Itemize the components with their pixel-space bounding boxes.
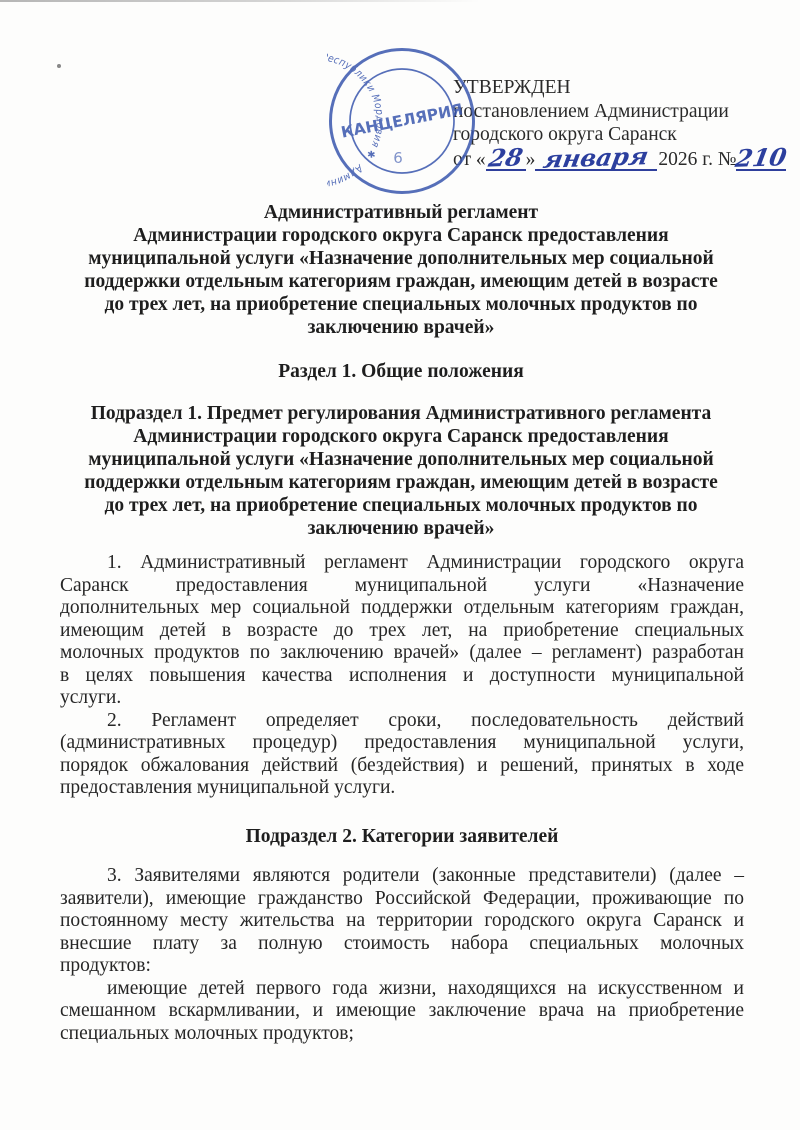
stamp-ring-text: Администрация городского округа Саранск … [327,51,386,191]
text-line: 3. Заявителями являются родители (законн… [60,865,744,888]
date-year: 2026 г. № [658,149,736,170]
text-line: внесшие плату за полную стоимость набора… [60,933,744,956]
text-line: молочных продуктов по заключению врачей»… [60,642,744,665]
approval-date-line: от «28»января2026 г. №210 [453,148,763,172]
text-line: заявители), имеющие гражданство Российск… [60,888,744,911]
text-line: Администрации городского округа Саранск … [58,224,744,247]
text-line: до трех лет, на приобретение специальных… [58,494,744,517]
date-day-blank: 28 [486,149,526,171]
text-line: Саранск предоставления муниципальной усл… [60,575,744,598]
paragraph-2: 2. Регламент определяет сроки, последова… [60,710,744,800]
text-line: Административный регламент [58,201,744,224]
subsection-2-heading: Подраздел 2. Категории заявителей [60,825,744,848]
handwritten-number: 210 [734,148,788,170]
text-line: 2. Регламент определяет сроки, последова… [60,710,744,733]
paragraph-3: 3. Заявителями являются родители (законн… [60,865,744,978]
stamp-center-text: КАНЦЕЛЯРИЯ [340,100,465,141]
document-title: Административный регламентАдминистрации … [58,201,744,340]
text-line: (административных процедур) предоставлен… [60,732,744,755]
text-line: предоставления муниципальной услуги. [60,777,744,800]
text-line: постоянному месту жительства на территор… [60,910,744,933]
date-prefix: от « [453,149,486,170]
subsection-1-heading: Подраздел 1. Предмет регулирования Админ… [58,402,744,541]
text-line: 1. Административный регламент Администра… [60,552,744,575]
svg-text:Администрация городского округ: Администрация городского округа Саранск … [327,51,386,191]
handwritten-day: 28 [487,148,524,169]
text-line: порядок обжалования действий (бездействи… [60,755,744,778]
scan-edge-artifact [0,0,480,2]
date-close-quote: » [526,149,536,170]
text-line: заключению врачей» [58,517,744,540]
date-month-blank: января [535,149,657,171]
approval-block: УТВЕРЖДЕН постановлением Администрации г… [453,76,763,171]
text-line: имеющим детей в возрасте до трех лет, на… [60,620,744,643]
text-line: продуктов: [60,955,744,978]
text-line: Администрации городского округа Саранск … [58,425,744,448]
text-line: дополнительных мер социальной поддержки … [60,597,744,620]
text-line: муниципальной услуги «Назначение дополни… [58,247,744,270]
approval-line-1: постановлением Администрации [453,100,763,124]
date-number-blank: 210 [736,149,786,171]
stamp-number: 6 [393,149,403,167]
paragraph-1: 1. Административный регламент Администра… [60,552,744,710]
text-line: поддержки отдельным категориям граждан, … [58,471,744,494]
text-line: специальных молочных продуктов; [60,1023,744,1046]
text-line: поддержки отдельным категориям граждан, … [58,270,744,293]
text-line: Подраздел 1. Предмет регулирования Админ… [58,402,744,425]
text-line: заключению врачей» [58,316,744,339]
text-line: смешанном вскармливании, и имеющие заклю… [60,1000,744,1023]
text-line: имеющие детей первого года жизни, находя… [60,978,744,1001]
approval-label: УТВЕРЖДЕН [453,76,763,100]
text-line: в целях повышения качества исполнения и … [60,665,744,688]
handwritten-month: января [542,147,650,171]
text-line: муниципальной услуги «Назначение дополни… [58,448,744,471]
paragraph-3-item: имеющие детей первого года жизни, находя… [60,978,744,1046]
scan-dot-artifact [57,64,61,68]
document-page: УТВЕРЖДЕН постановлением Администрации г… [0,0,800,1130]
section-1-heading: Раздел 1. Общие положения [58,361,744,383]
text-line: до трех лет, на приобретение специальных… [58,293,744,316]
document-body: 1. Административный регламент Администра… [60,552,744,1045]
text-line: услуги. [60,687,744,710]
